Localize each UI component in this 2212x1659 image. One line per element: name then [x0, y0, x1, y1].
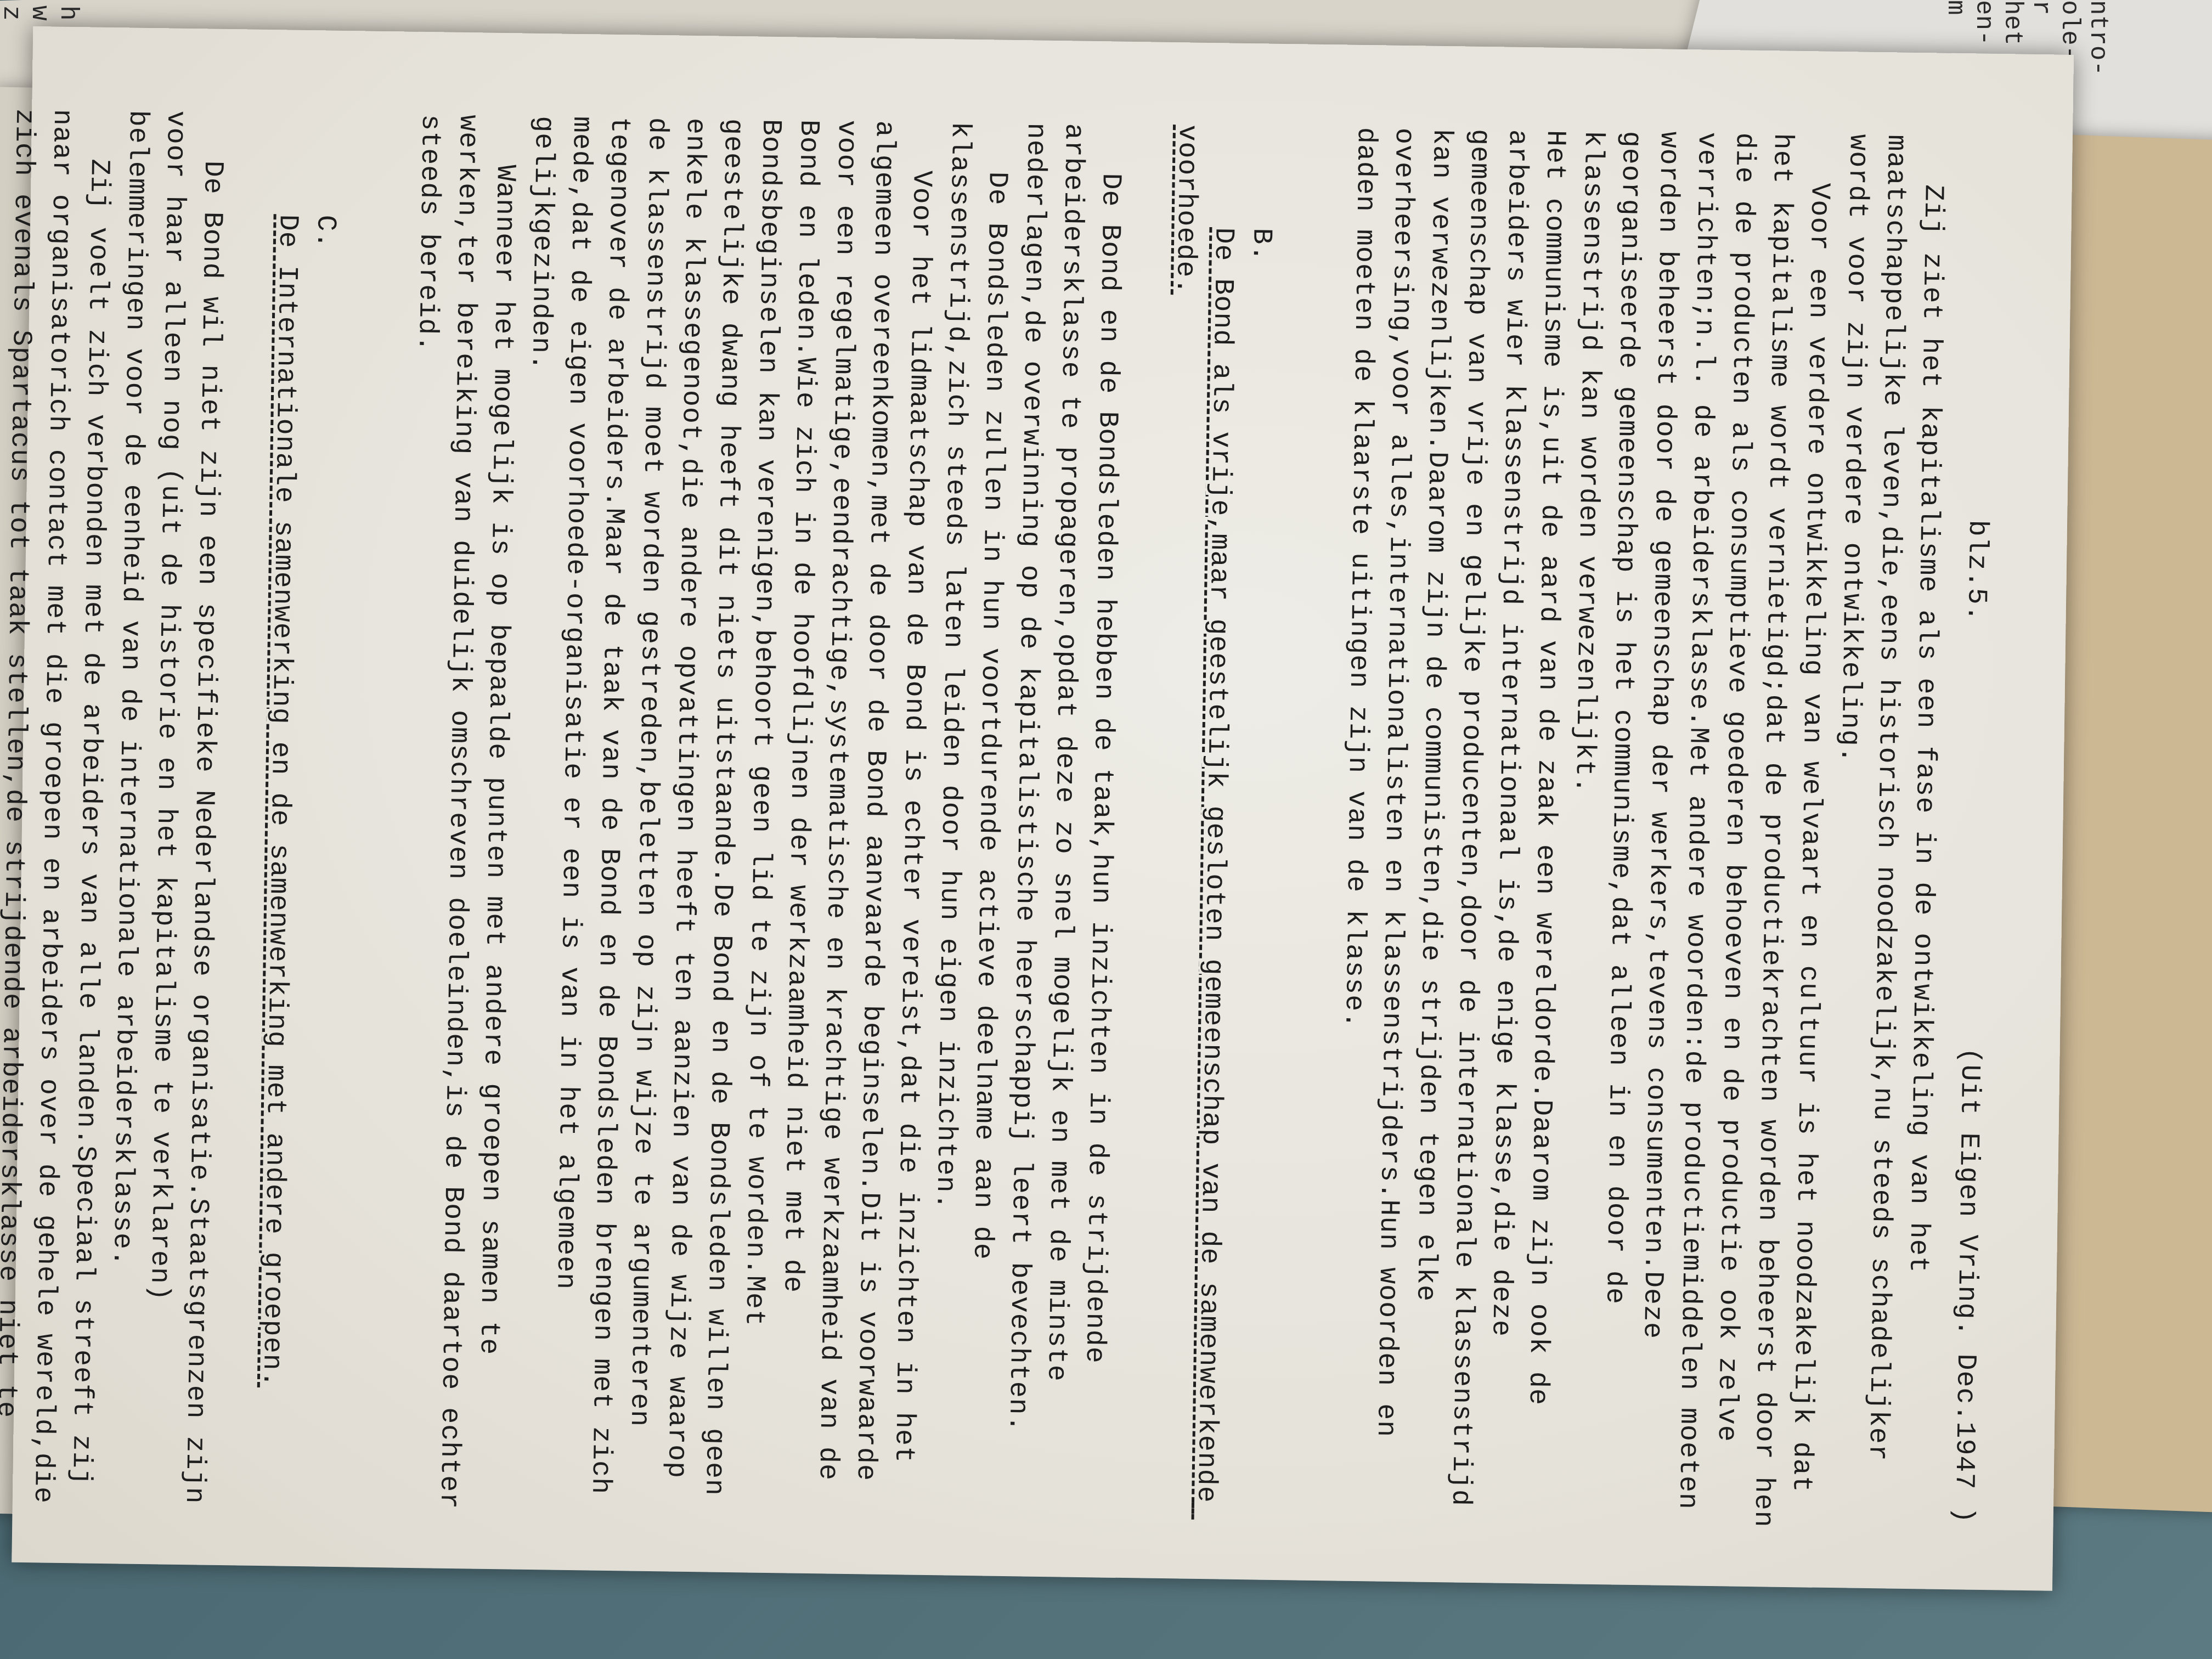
intro-paragraph: Voor een verdere ontwikkeling van welvaa…	[1554, 130, 1839, 1543]
page-number: blz.5.	[1957, 520, 1996, 622]
section-heading-b: B. De Bond als vrije,maar geestelijk ges…	[1110, 124, 1319, 1537]
section-letter: C.	[309, 215, 341, 249]
page-content: blz.5. (Uit Eigen Vring. Dec.1947 ) Zij …	[0, 95, 2001, 1546]
section-paragraph: Wanneer het mogelijk is op bepaalde punt…	[391, 114, 524, 1526]
source-citation: (Uit Eigen Vring. Dec.1947 )	[1944, 1047, 1989, 1524]
section-paragraph: Voor het lidmaatschap van de Bond is ech…	[505, 116, 941, 1531]
section-title: De Internationale samenwerking en de sam…	[256, 214, 303, 1388]
section-paragraph: De Bond wil niet zijn een specifieke Ned…	[99, 110, 232, 1521]
section-heading-c: C. De Internationale samenwerking en de …	[212, 111, 383, 1523]
intro-paragraph: Zij ziet het kapitalisme als een fase in…	[1819, 134, 1953, 1545]
section-paragraph: De Bond en de Bondsleden hebben de taak,…	[997, 122, 1130, 1534]
section-title: De Bond als vrije,maar geestelijk geslot…	[1169, 125, 1239, 1520]
typewritten-page: blz.5. (Uit Eigen Vring. Dec.1947 ) Zij …	[12, 26, 2074, 1591]
intro-paragraph: Het communisme is,uit de aard van de zaa…	[1327, 127, 1574, 1541]
section-letter: B.	[1245, 228, 1277, 262]
section-paragraph: Zij voelt zich verbonden met de arbeider…	[0, 108, 119, 1520]
